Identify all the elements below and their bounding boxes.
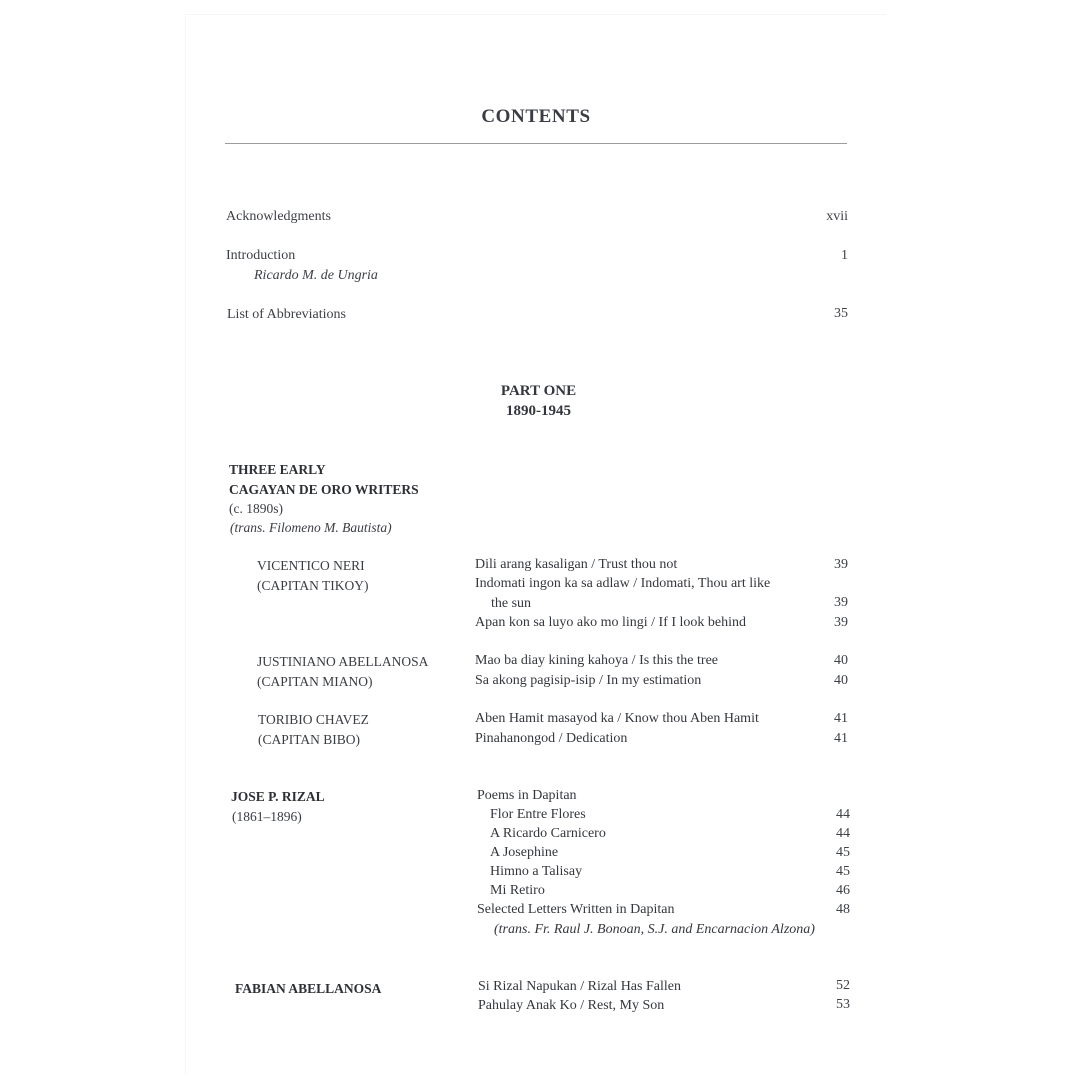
page-number: 39: [800, 595, 848, 611]
author-name: JUSTINIANO ABELLANOSA: [257, 654, 428, 670]
toc-entry[interactable]: Himno a Talisay: [490, 864, 582, 880]
toc-section[interactable]: Poems in Dapitan: [477, 788, 577, 804]
author-years: (1861–1896): [232, 809, 302, 825]
page-number: xvii: [790, 209, 848, 225]
toc-entry[interactable]: Sa akong pagisip-isip / In my estimation: [475, 673, 701, 689]
page-number: 1: [790, 248, 848, 264]
part-years: 1890-1945: [0, 403, 1077, 420]
toc-abbreviations[interactable]: List of Abbreviations: [227, 307, 346, 323]
toc-entry[interactable]: Dili arang kasaligan / Trust thou not: [475, 557, 677, 573]
page-number: 45: [800, 864, 850, 880]
translator-credit: (trans. Fr. Raul J. Bonoan, S.J. and Enc…: [494, 922, 815, 938]
group-heading-line1: THREE EARLY: [229, 462, 326, 478]
page-number: 40: [800, 673, 848, 689]
toc-entry-continued: the sun: [491, 596, 531, 612]
author-alias: (CAPITAN TIKOY): [257, 578, 369, 594]
group-heading-line2: CAGAYAN DE ORO WRITERS: [229, 482, 419, 498]
page-number: 41: [800, 711, 848, 727]
toc-entry[interactable]: Indomati ingon ka sa adlaw / Indomati, T…: [475, 576, 770, 592]
page-number: 48: [800, 902, 850, 918]
toc-acknowledgments[interactable]: Acknowledgments: [226, 209, 331, 225]
toc-entry[interactable]: Flor Entre Flores: [490, 807, 586, 823]
author-alias: (CAPITAN BIBO): [258, 732, 360, 748]
page-number: 44: [800, 807, 850, 823]
toc-entry[interactable]: A Josephine: [490, 845, 558, 861]
part-heading: PART ONE: [0, 383, 1077, 400]
author-name: FABIAN ABELLANOSA: [235, 981, 381, 997]
page-number: 39: [800, 557, 848, 573]
toc-entry[interactable]: Apan kon sa luyo ako mo lingi / If I loo…: [475, 615, 746, 631]
toc-entry[interactable]: Mi Retiro: [490, 883, 545, 899]
page-number: 44: [800, 826, 850, 842]
toc-entry[interactable]: Mao ba diay kining kahoya / Is this the …: [475, 653, 718, 669]
title-rule: [225, 143, 847, 144]
toc-entry[interactable]: A Ricardo Carnicero: [490, 826, 606, 842]
page-title: CONTENTS: [0, 106, 1072, 128]
page-number: 39: [800, 615, 848, 631]
author-alias: (CAPITAN MIANO): [257, 674, 373, 690]
group-translator: (trans. Filomeno M. Bautista): [230, 520, 392, 536]
toc-entry[interactable]: Si Rizal Napukan / Rizal Has Fallen: [478, 979, 681, 995]
page-number: 46: [800, 883, 850, 899]
group-date: (c. 1890s): [229, 501, 283, 517]
author-name: VICENTICO NERI: [257, 558, 365, 574]
page-number: 45: [800, 845, 850, 861]
author-name: JOSE P. RIZAL: [231, 789, 325, 805]
toc-entry[interactable]: Pahulay Anak Ko / Rest, My Son: [478, 998, 664, 1014]
page-number: 52: [800, 978, 850, 994]
introduction-author: Ricardo M. de Ungria: [254, 268, 378, 284]
page-number: 53: [800, 997, 850, 1013]
page-number: 40: [800, 653, 848, 669]
toc-entry[interactable]: Pinahanongod / Dedication: [475, 731, 627, 747]
toc-entry[interactable]: Selected Letters Written in Dapitan: [477, 902, 674, 918]
page-number: 35: [790, 306, 848, 322]
toc-introduction[interactable]: Introduction: [226, 248, 295, 264]
page-number: 41: [800, 731, 848, 747]
toc-entry[interactable]: Aben Hamit masayod ka / Know thou Aben H…: [475, 711, 759, 727]
author-name: TORIBIO CHAVEZ: [258, 712, 369, 728]
